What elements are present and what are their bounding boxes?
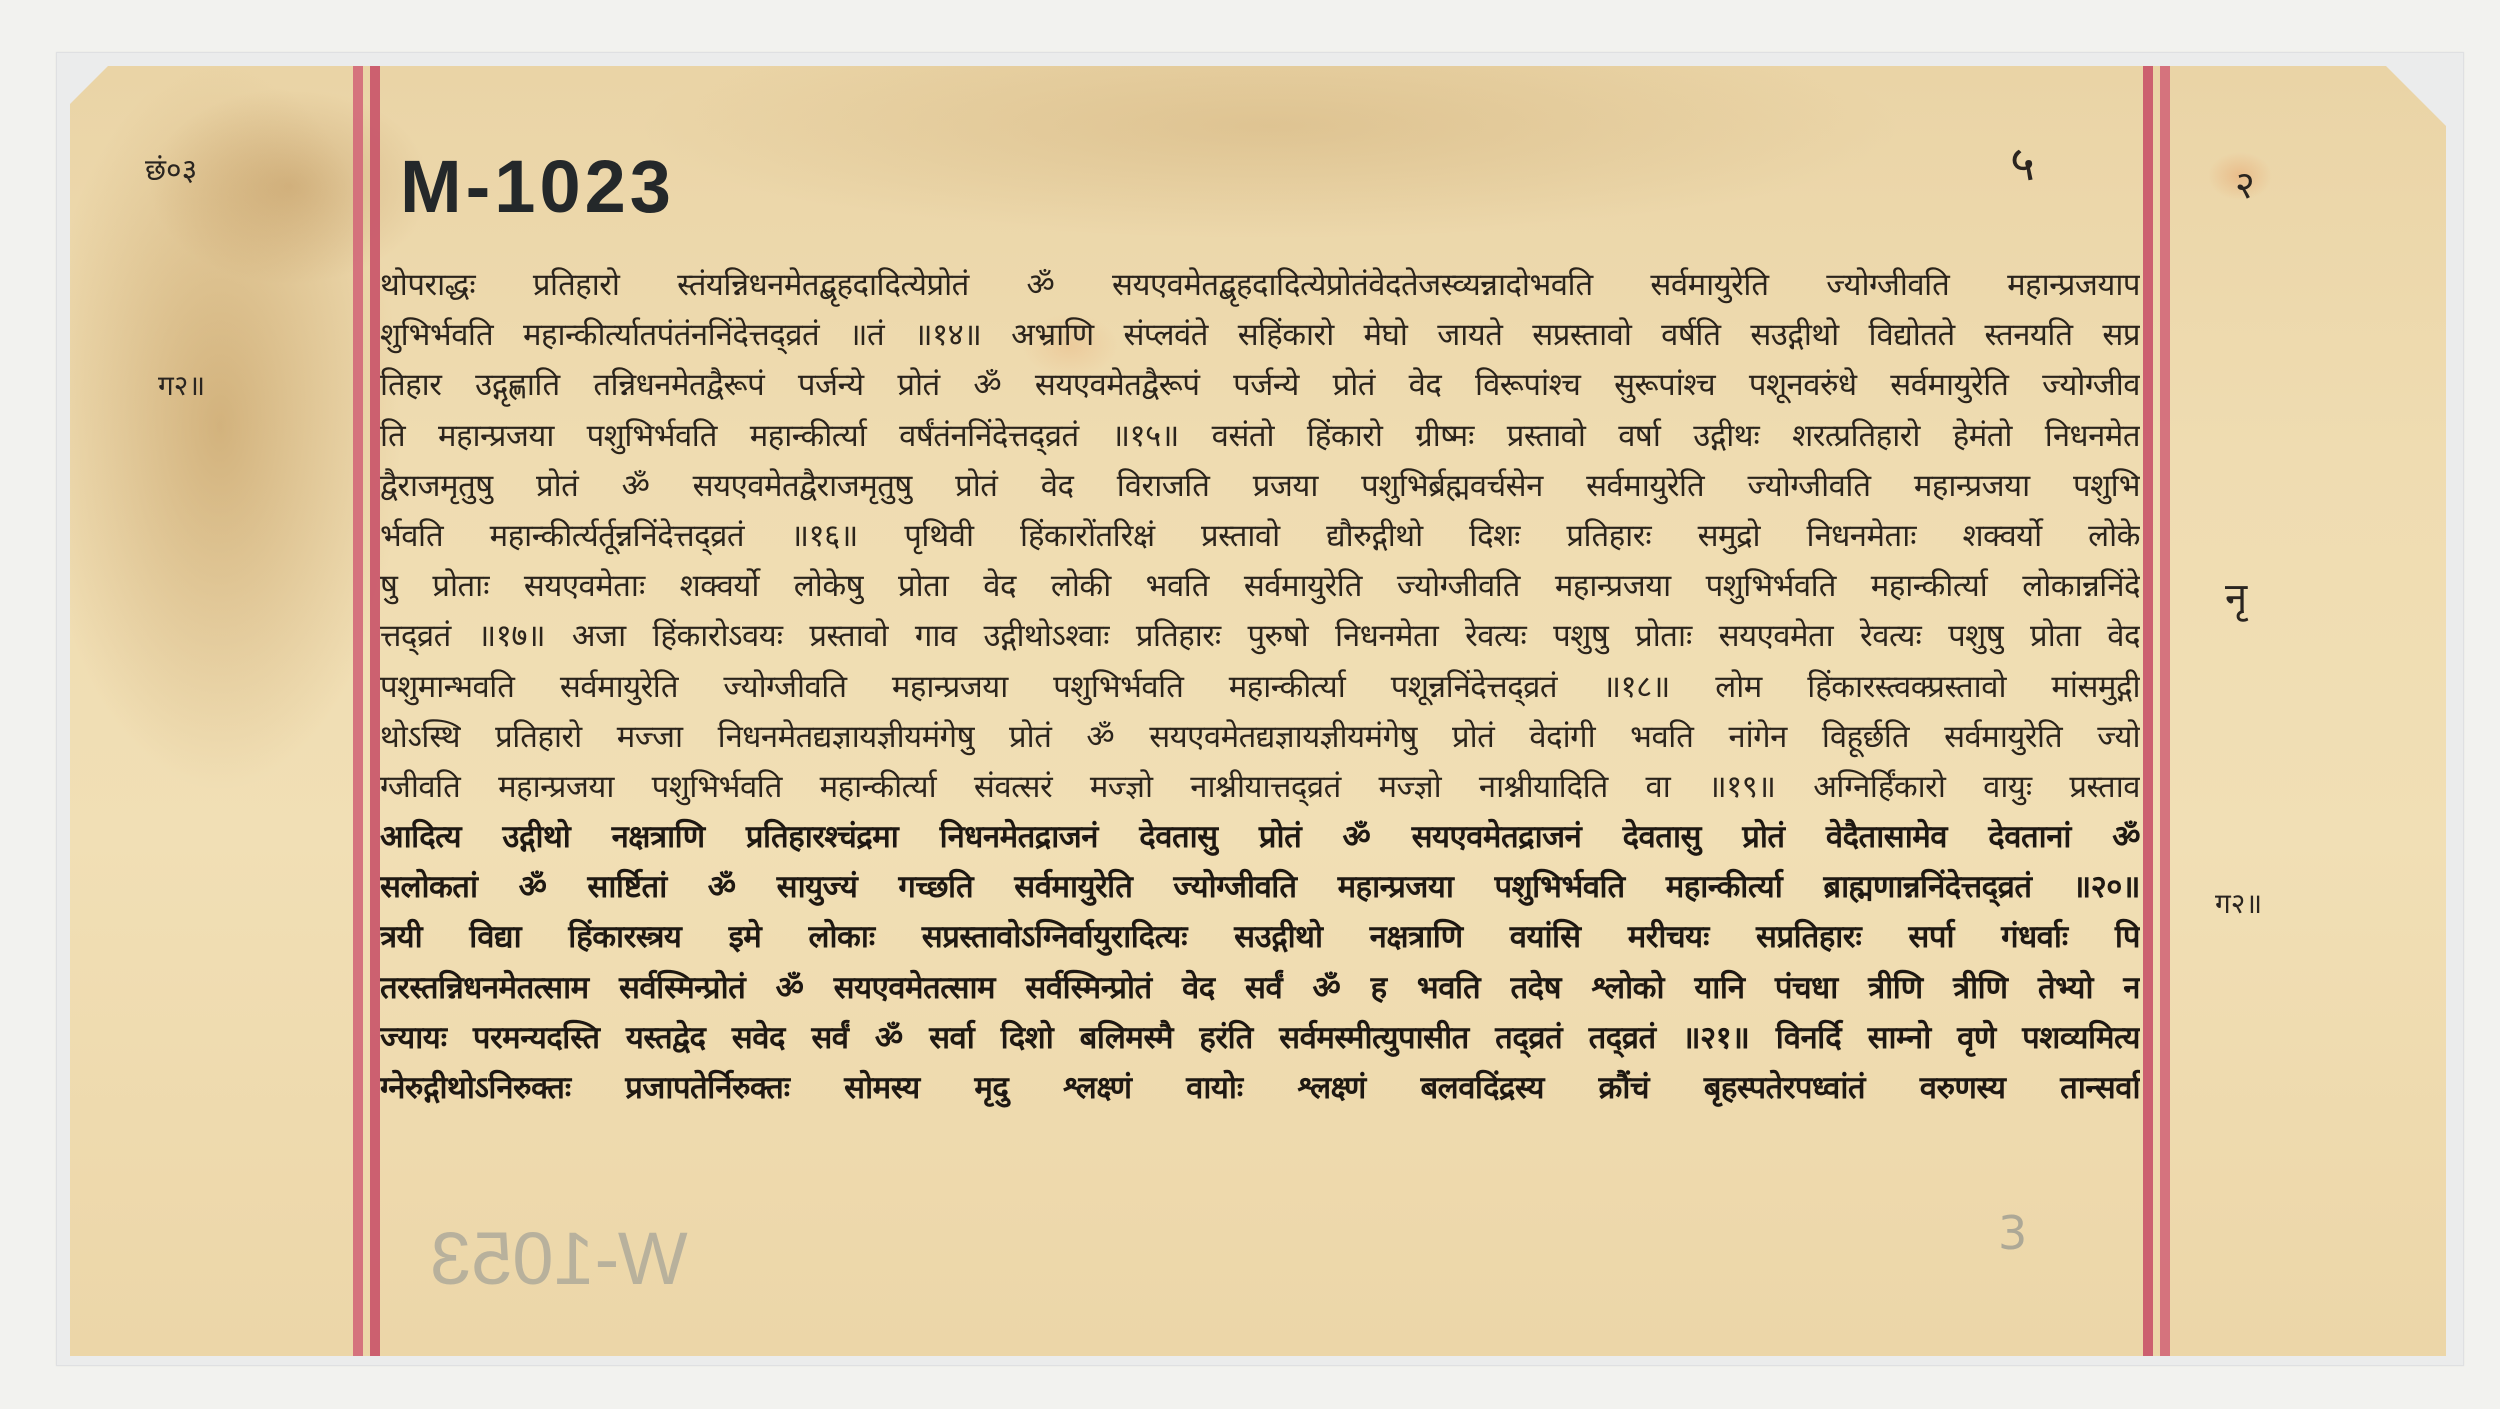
text-line: ग्जीवति महान्प्रजया पशुभिर्भवति महान्कीर… [380, 762, 2140, 812]
text-line: द्वैराजमृतुषु प्रोतं ॐ सयएवमेतद्वैराजमृत… [380, 461, 2140, 511]
text-line: त्तद्व्रतं ॥१७॥ अजा हिंकारोऽवयः प्रस्ताव… [380, 611, 2140, 661]
text-line: ज्यायः परमन्यदस्ति यस्तद्वेद सवेद सर्वं … [380, 1013, 2140, 1063]
left-red-rule-outer [353, 66, 363, 1356]
text-line: ग्नेरुद्गीथोऽनिरुक्तः प्रजापतेर्निरुक्तः… [380, 1063, 2140, 1113]
manuscript-text-block: थोपराद्धः प्रतिहारो स्तंयन्निधनमेतद्बृहद… [380, 260, 2140, 1113]
right-margin-note-2: ग२॥ [2215, 884, 2262, 922]
text-line: त्रयी विद्या हिंकारस्त्रय इमे लोकाः सप्र… [380, 912, 2140, 962]
faint-numeral: 3 [1998, 1206, 2027, 1260]
text-line: र्भवति महान्कीर्त्यर्तून्ननिंदेत्तद्व्रत… [380, 511, 2140, 561]
text-line: तिहार उद्गृह्णाति तन्निधनमेतद्वैरूपं पर्… [380, 360, 2140, 410]
text-line: पशुमान्भवति सर्वमायुरेति ज्योग्जीवति महा… [380, 662, 2140, 712]
text-line: षु प्रोताः सयएवमेताः शक्वर्यो लोकेषु प्र… [380, 561, 2140, 611]
top-right-margin-note: २ [2235, 158, 2255, 210]
right-red-rule-outer [2160, 66, 2170, 1356]
faint-stamp-mirrored: W-1053 [430, 1216, 688, 1301]
catalog-number-label: M-1023 [400, 144, 675, 229]
top-left-margin-note: छं०३ [145, 148, 197, 189]
manuscript-folio: M-1023 छं०३ ग२॥ ५ २ नृ ग२॥ W-1053 3 थोपर… [70, 66, 2446, 1356]
text-line: सलोकतां ॐ सार्ष्टितां ॐ सायुज्यं गच्छति … [380, 862, 2140, 912]
text-line: थोपराद्धः प्रतिहारो स्तंयन्निधनमेतद्बृहद… [380, 260, 2140, 310]
left-red-rule-inner [370, 66, 380, 1356]
text-line: तरस्तन्निधनमेतत्साम सर्वस्मिन्प्रोतं ॐ स… [380, 963, 2140, 1013]
left-margin-note: ग२॥ [158, 366, 205, 404]
text-line: ति महान्प्रजया पशुभिर्भवति महान्कीर्त्या… [380, 411, 2140, 461]
text-line: आदित्य उद्गीथो नक्षत्राणि प्रतिहारश्चंद्… [380, 812, 2140, 862]
right-margin-note-1: नृ [2225, 568, 2247, 623]
folio-number: ५ [2010, 130, 2035, 195]
text-line: शुभिर्भवति महान्कीर्त्यातपंतंननिंदेत्तद्… [380, 310, 2140, 360]
right-red-rule-inner [2143, 66, 2153, 1356]
text-line: थोऽस्थि प्रतिहारो मज्जा निधनमेतद्यज्ञायज… [380, 712, 2140, 762]
